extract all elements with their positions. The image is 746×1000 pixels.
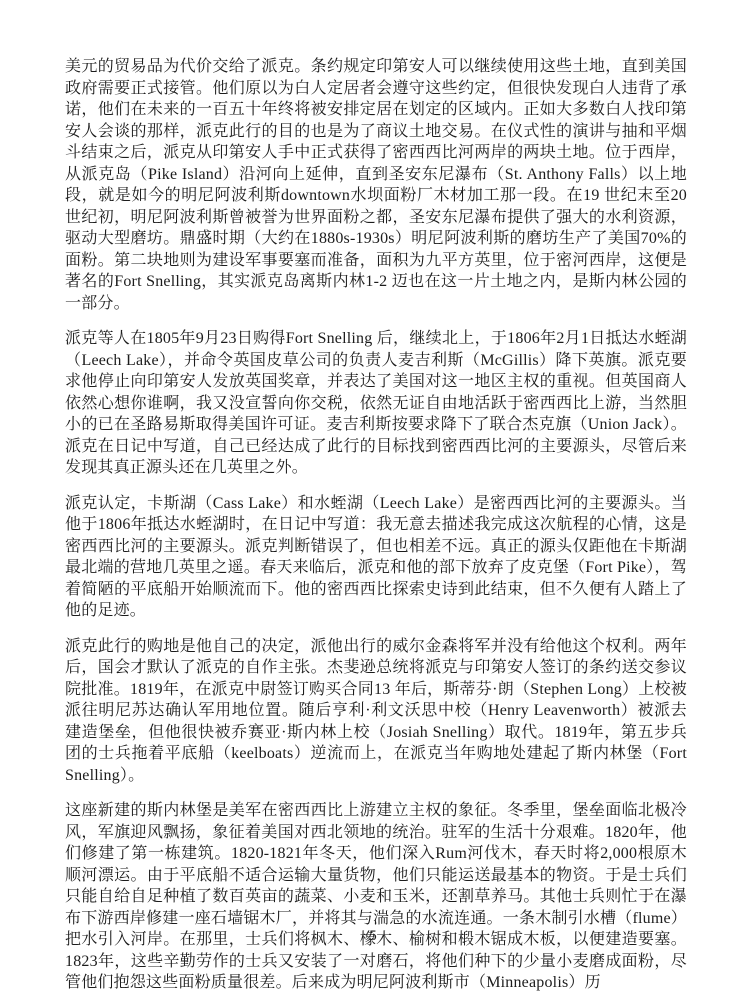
document-page: 美元的贸易品为代价交给了派克。条约规定印第安人可以继续使用这些土地，直到美国政府… [0, 0, 746, 1000]
page-number: 5 [0, 928, 746, 945]
paragraph: 派克认定，卡斯湖（Cass Lake）和水蛭湖（Leech Lake）是密西西比… [65, 493, 687, 622]
text-block: 美元的贸易品为代价交给了派克。条约规定印第安人可以继续使用这些土地，直到美国政府… [65, 56, 687, 1000]
paragraph: 这座新建的斯内林堡是美军在密西西比上游建立主权的象征。冬季里，堡垒面临北极冷风，… [65, 800, 687, 994]
paragraph: 美元的贸易品为代价交给了派克。条约规定印第安人可以继续使用这些土地，直到美国政府… [65, 56, 687, 314]
paragraph: 派克等人在1805年9月23日购得Fort Snelling 后，继续北上，于1… [65, 328, 687, 479]
paragraph: 派克此行的购地是他自己的决定，派他出行的威尔金森将军并没有给他这个权利。两年后，… [65, 636, 687, 787]
